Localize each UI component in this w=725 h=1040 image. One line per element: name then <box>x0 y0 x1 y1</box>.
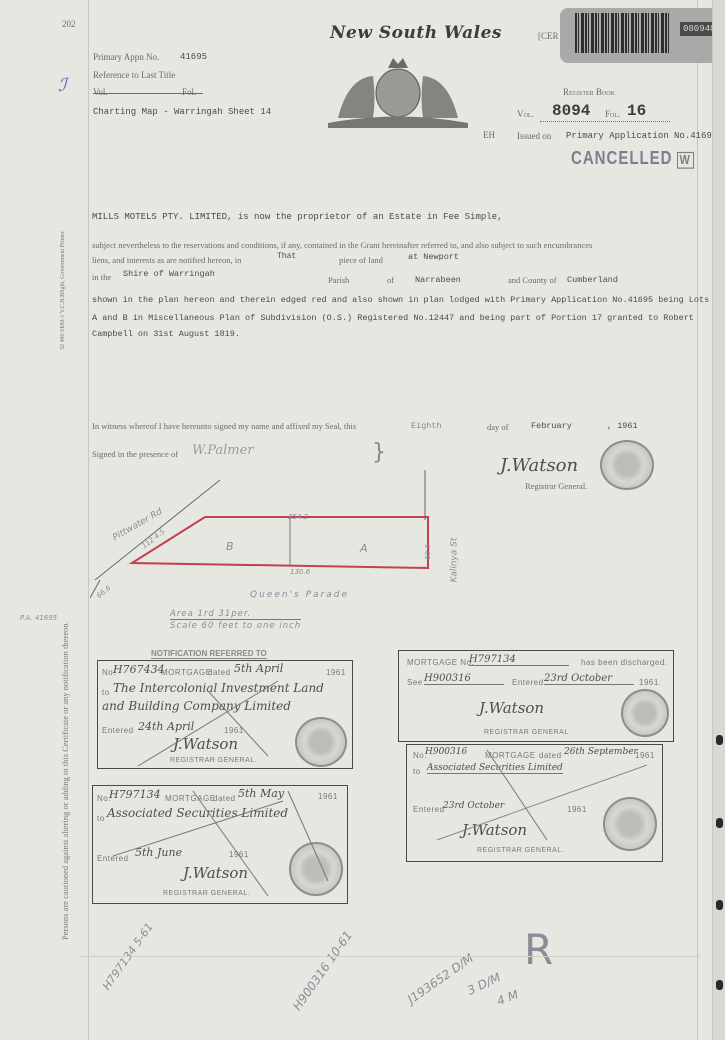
margin-initial-mark: ℐ <box>58 75 66 96</box>
lot-b-label: B <box>226 540 234 553</box>
binding-hole <box>716 980 723 990</box>
plan-scale: Scale 60 feet to one inch <box>170 619 301 631</box>
discharge-box: MORTGAGE No. H797134 has been discharged… <box>398 650 674 742</box>
caution-margin-text: Persons are cautioned against altering o… <box>60 621 70 940</box>
primary-appn-value: 41695 <box>180 52 207 62</box>
plan-area: Area 1rd 31per. <box>170 609 251 619</box>
barcode-icon <box>575 13 670 53</box>
liens-that: That <box>277 252 296 261</box>
registrar-seal-icon <box>600 440 654 490</box>
cancellation-cross <box>93 786 347 903</box>
discharge-number: H797134 <box>469 654 569 666</box>
discharge-registrar: REGISTRAR GENERAL <box>484 729 569 736</box>
parish-label: Parish <box>328 275 349 285</box>
mortgage-box-3: No. H900316 MORTGAGE dated 26th Septembe… <box>406 744 663 862</box>
document-title: New South Wales <box>330 23 502 43</box>
discharge-entered-value: 23rd October <box>544 673 634 685</box>
registrar-general-label: Registrar General. <box>525 481 587 491</box>
land-description-line-3: Campbell on 31st August 1819. <box>92 329 240 339</box>
liens-piece: piece of land <box>339 255 383 265</box>
page-edge <box>712 0 725 1040</box>
issued-on-label: Issued on <box>517 131 551 141</box>
discharge-signature: J.Watson <box>479 699 544 717</box>
left-margin-rule <box>88 0 89 1040</box>
discharge-year: 1961. <box>639 678 662 687</box>
footer-note-5: 4 M <box>495 988 520 1009</box>
signed-presence-label: Signed in the presence of <box>92 449 178 459</box>
witness-day: Eighth <box>411 421 442 431</box>
land-description-line-2: A and B in Miscellaneous Plan of Subdivi… <box>92 313 694 323</box>
discharge-prefix: MORTGAGE No. <box>407 658 474 667</box>
shire-value: Shire of Warringah <box>123 269 215 279</box>
subject-line: subject nevertheless to the reservations… <box>92 240 592 250</box>
register-vol: 8094 <box>552 102 590 120</box>
page-number: 202 <box>62 19 76 29</box>
dim-right: 60.6 <box>424 544 432 560</box>
vol-label: Vol. <box>93 87 108 97</box>
footer-note-6: R <box>524 925 553 974</box>
footer-note-3: J193652 D/M <box>405 951 476 1007</box>
dim-top: 254.2 <box>288 513 308 521</box>
mortgage-box-2: No. H797134 MORTGAGE dated 5th May 1961 … <box>92 785 348 904</box>
registrar-signature: J.Watson <box>500 455 578 476</box>
day-of-label: day of <box>487 422 508 432</box>
cancellation-cross <box>98 661 352 768</box>
land-location: at Newport <box>408 252 459 262</box>
initials-mark: EH <box>483 130 495 140</box>
witness-year: , 1961 <box>607 421 638 431</box>
register-book-label: Register Book <box>563 87 615 97</box>
witness-month: February <box>531 421 572 431</box>
discharge-entered-label: Entered <box>512 678 544 687</box>
issued-on-value: Primary Application No.41695 <box>566 131 717 141</box>
primary-appn-label: Primary Appn No. <box>93 52 159 62</box>
coat-of-arms-icon <box>318 48 478 128</box>
proprietor-statement: MILLS MOTELS PTY. LIMITED, is now the pr… <box>92 212 502 222</box>
fol-label-rb: Fol. <box>605 109 620 119</box>
reference-label: Reference to Last Title <box>93 70 175 80</box>
cert-label: [CER <box>538 31 559 41</box>
printer-margin-text: 32 480 SEM-1 V.C.N.Blight, Government Pr… <box>60 231 66 350</box>
mortgage-box-1: No. H767434 MORTGAGE dated 5th April 196… <box>97 660 353 769</box>
cancelled-initial: W <box>677 152 694 169</box>
footer-rule <box>80 956 700 957</box>
of-label: of <box>387 275 394 285</box>
footer-note-2: H900316 10-61 <box>290 928 355 1013</box>
brace: } <box>372 440 386 465</box>
witness-text: In witness whereof I have hereunto signe… <box>92 421 356 431</box>
notification-heading: NOTIFICATION REFERRED TO <box>151 649 267 659</box>
dim-bottom: 130.6 <box>290 568 310 576</box>
certificate-of-title-page: Persons are cautioned against altering o… <box>0 0 712 1040</box>
margin-pa-number: P.A. 41695 <box>20 614 57 622</box>
fol-label: Fol. <box>182 87 196 97</box>
cancellation-cross <box>407 745 662 861</box>
discharge-suffix: has been discharged. <box>581 658 668 667</box>
register-fol: 16 <box>627 102 646 120</box>
lot-a-label: A <box>360 542 368 555</box>
vol-label-rb: Vol. <box>517 109 534 119</box>
in-the-label: in the <box>92 272 111 282</box>
barcode-label: 08094016 <box>560 8 722 63</box>
cancelled-text: CANCELLED <box>571 148 673 168</box>
street-queens-parade: Queen's Parade <box>250 590 349 600</box>
see-value: H900316 <box>424 673 504 685</box>
cancelled-stamp: CANCELLEDW <box>571 148 694 168</box>
parish-value: Narrabeen <box>415 275 461 285</box>
street-kalinya: Kalinya St <box>449 538 459 583</box>
binding-hole <box>716 818 723 828</box>
land-description-line-1: shown in the plan hereon and therein edg… <box>92 295 709 305</box>
county-value: Cumberland <box>567 275 618 285</box>
binding-hole <box>716 900 723 910</box>
discharge-seal-icon <box>621 689 669 737</box>
binding-hole <box>716 735 723 745</box>
charting-map: Charting Map - Warringah Sheet 14 <box>93 107 271 117</box>
witness-signature: W.Palmer <box>192 443 254 458</box>
right-margin-rule <box>697 0 698 1040</box>
county-label: and County of <box>508 275 557 285</box>
see-label: See <box>407 678 423 687</box>
register-underline <box>540 121 670 122</box>
liens-prefix: liens, and interests as are notified her… <box>92 255 241 265</box>
